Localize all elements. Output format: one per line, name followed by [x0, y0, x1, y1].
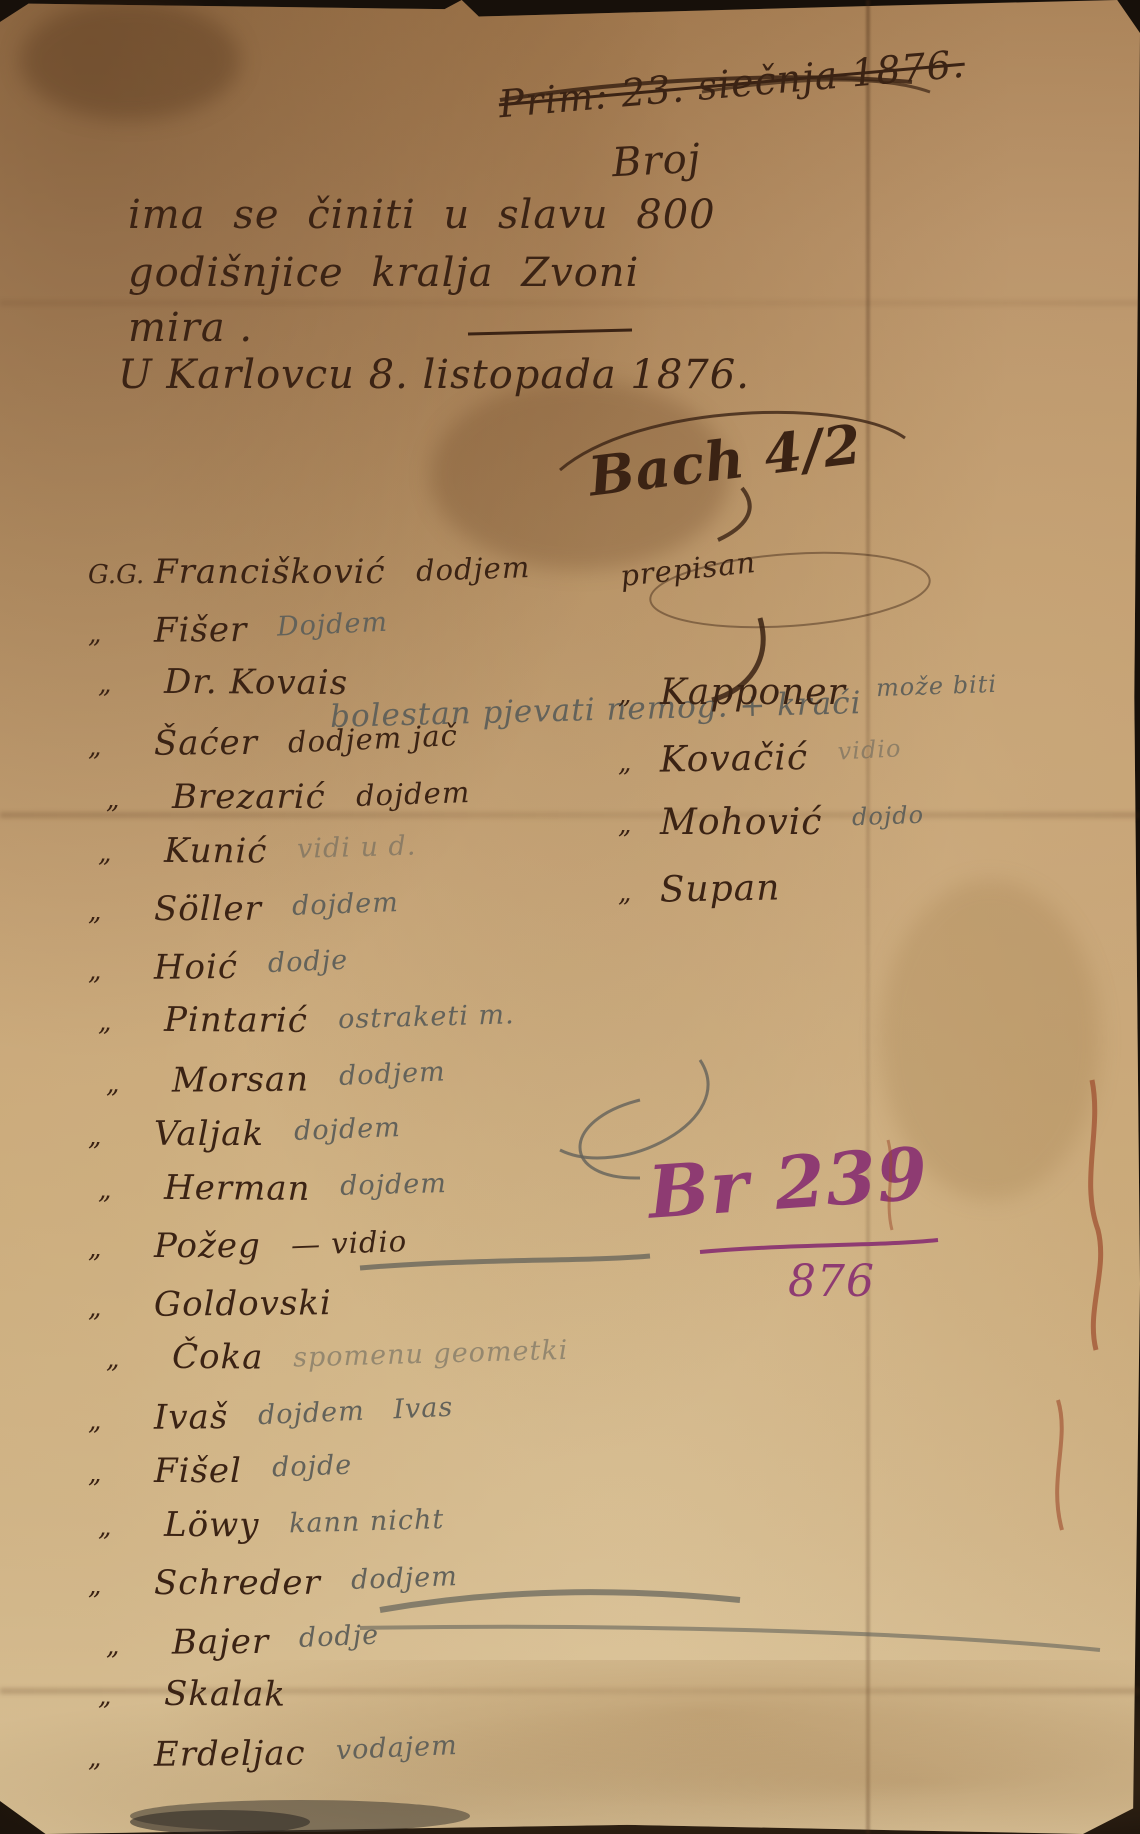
person-name: Šaćer: [154, 722, 258, 763]
place-date-line: U Karlovcu 8. listopada 1876.: [118, 352, 750, 398]
attendance-note: dojdem: [355, 775, 470, 813]
list-item: „Mohovićdojdo: [618, 802, 997, 867]
person-name: Mohović: [660, 802, 822, 843]
attendance-list-right: „Kapponermože biti„Kovačićvidio„Mohovićd…: [618, 672, 997, 932]
person-name: Kovačić: [659, 737, 808, 781]
list-item: „Kovačićvidio: [617, 734, 997, 806]
person-name: Fišel: [154, 1451, 242, 1491]
ditto-mark: „: [88, 1451, 154, 1489]
list-item: „Požeg— vidio: [88, 1226, 848, 1282]
person-name: Kapponer: [660, 672, 846, 713]
person-name: Kunić: [164, 831, 268, 872]
body-line-3: mira .: [128, 305, 253, 351]
ditto-mark: „: [98, 830, 164, 868]
person-name: Erdeljac: [154, 1733, 306, 1774]
person-name: Morsan: [172, 1059, 310, 1100]
attendance-note: dodjem: [415, 550, 530, 588]
attendance-note: spomenu geometki: [293, 1334, 569, 1373]
ditto-mark: „: [617, 740, 660, 779]
person-name: Bajer: [172, 1621, 270, 1662]
attendance-note: dojde: [271, 1450, 352, 1484]
person-name: Požeg: [154, 1226, 261, 1266]
ditto-mark: „: [88, 1563, 154, 1601]
attendance-note: vidio: [837, 734, 902, 765]
person-name: Supan: [659, 867, 780, 910]
list-item: „Kapponermože biti: [618, 672, 997, 737]
list-item: „Fišeldojde: [88, 1451, 848, 1507]
ditto-mark: „: [98, 1505, 164, 1543]
number-label: Broj: [611, 136, 702, 187]
ditto-mark: „: [618, 802, 660, 840]
list-item: „Pintarićostraketi m.: [98, 999, 848, 1060]
attendance-note: dojdem: [293, 1112, 401, 1147]
ditto-mark: „: [106, 777, 172, 815]
attendance-note: kann nicht: [289, 1504, 445, 1539]
person-name: Fišer: [154, 610, 248, 651]
ditto-mark: „: [88, 1114, 154, 1152]
list-item: „Bajerdodje: [106, 1616, 848, 1679]
list-item: „Čokaspomenu geometki: [106, 1336, 848, 1397]
attendance-note: dodjem: [350, 1562, 458, 1597]
attendance-note: vidi u d.: [297, 830, 417, 864]
list-item: „Schrederdodjem: [88, 1563, 848, 1619]
attendance-note: dojdem: [340, 1168, 448, 1202]
list-item: „Erdeljacvodajem: [88, 1729, 848, 1792]
attendance-note: dodje: [298, 1619, 379, 1653]
attendance-note: — vidio: [290, 1224, 407, 1262]
ditto-mark: „: [617, 870, 660, 909]
ditto-mark: „: [88, 723, 154, 762]
attendance-note: Dojdem: [277, 607, 389, 643]
list-item: „Morsandodjem: [106, 1054, 848, 1117]
person-name: Pintarić: [164, 999, 308, 1040]
list-item: G.G.Franciškovićdodjemprepisan: [88, 552, 848, 608]
list-item: „Goldovski: [88, 1279, 848, 1342]
ditto-mark: „: [98, 662, 164, 700]
person-name: Francišković: [154, 552, 386, 592]
attendance-note: dodjem: [338, 1056, 446, 1092]
person-name: Valjak: [154, 1114, 264, 1154]
person-name: Čoka: [172, 1336, 264, 1377]
scanned-document: Prim: 23. siečnja 1876. Broj ima se čini…: [0, 0, 1140, 1834]
person-name: Ivaš: [154, 1397, 229, 1438]
list-item: „FišerDojdem: [88, 605, 848, 668]
ditto-mark: „: [106, 1336, 172, 1374]
corner-shadow: [20, 0, 240, 120]
person-name: Söller: [154, 889, 262, 929]
ditto-mark: „: [98, 1167, 164, 1205]
body-line-2: godišnjice kralja Zvoni: [128, 250, 639, 296]
ditto-mark: „: [106, 1622, 172, 1661]
person-name: Goldovski: [154, 1284, 332, 1326]
ditto-mark: „: [88, 889, 154, 927]
ditto-mark: „: [618, 672, 660, 710]
list-item: „Supan: [617, 864, 997, 936]
ditto-mark: G.G.: [88, 552, 154, 590]
ditto-mark: „: [98, 999, 164, 1037]
attendance-note: dojdem: [291, 887, 399, 922]
ditto-mark: „: [88, 1285, 154, 1324]
attendance-note: dodjem jač: [287, 718, 458, 759]
attendance-note: dojdem Ivas: [258, 1392, 455, 1431]
person-name: Herman: [164, 1168, 311, 1209]
ditto-mark: „: [98, 1673, 164, 1711]
ditto-mark: „: [88, 948, 154, 987]
registry-year: 876: [788, 1256, 875, 1307]
ditto-mark: „: [88, 1226, 154, 1264]
attendance-note: ostraketi m.: [337, 999, 514, 1035]
attendance-note: vodajem: [335, 1730, 458, 1766]
attendance-note: može biti: [875, 670, 997, 702]
attendance-note: dodje: [267, 945, 348, 979]
ink-annotation: prepisan: [618, 545, 757, 593]
person-name: Löwy: [164, 1505, 260, 1546]
list-item: „Hoićdodje: [88, 942, 848, 1005]
person-name: Schreder: [154, 1563, 321, 1603]
list-item: „Skalak: [98, 1673, 848, 1734]
ditto-mark: „: [88, 611, 154, 650]
ditto-mark: „: [88, 1398, 154, 1437]
list-item: „Ivašdojdem Ivas: [88, 1391, 848, 1454]
person-name: Brezarić: [172, 777, 326, 817]
ditto-mark: „: [88, 1735, 154, 1774]
ditto-mark: „: [106, 1060, 172, 1099]
person-name: Hoić: [154, 947, 238, 988]
body-line-1: ima se činiti u slavu 800: [128, 192, 716, 238]
attendance-note: dojdo: [852, 801, 925, 831]
person-name: Skalak: [164, 1674, 286, 1715]
person-name: Dr. Kovais: [164, 662, 348, 703]
list-item: „Löwykann nicht: [98, 1505, 848, 1566]
